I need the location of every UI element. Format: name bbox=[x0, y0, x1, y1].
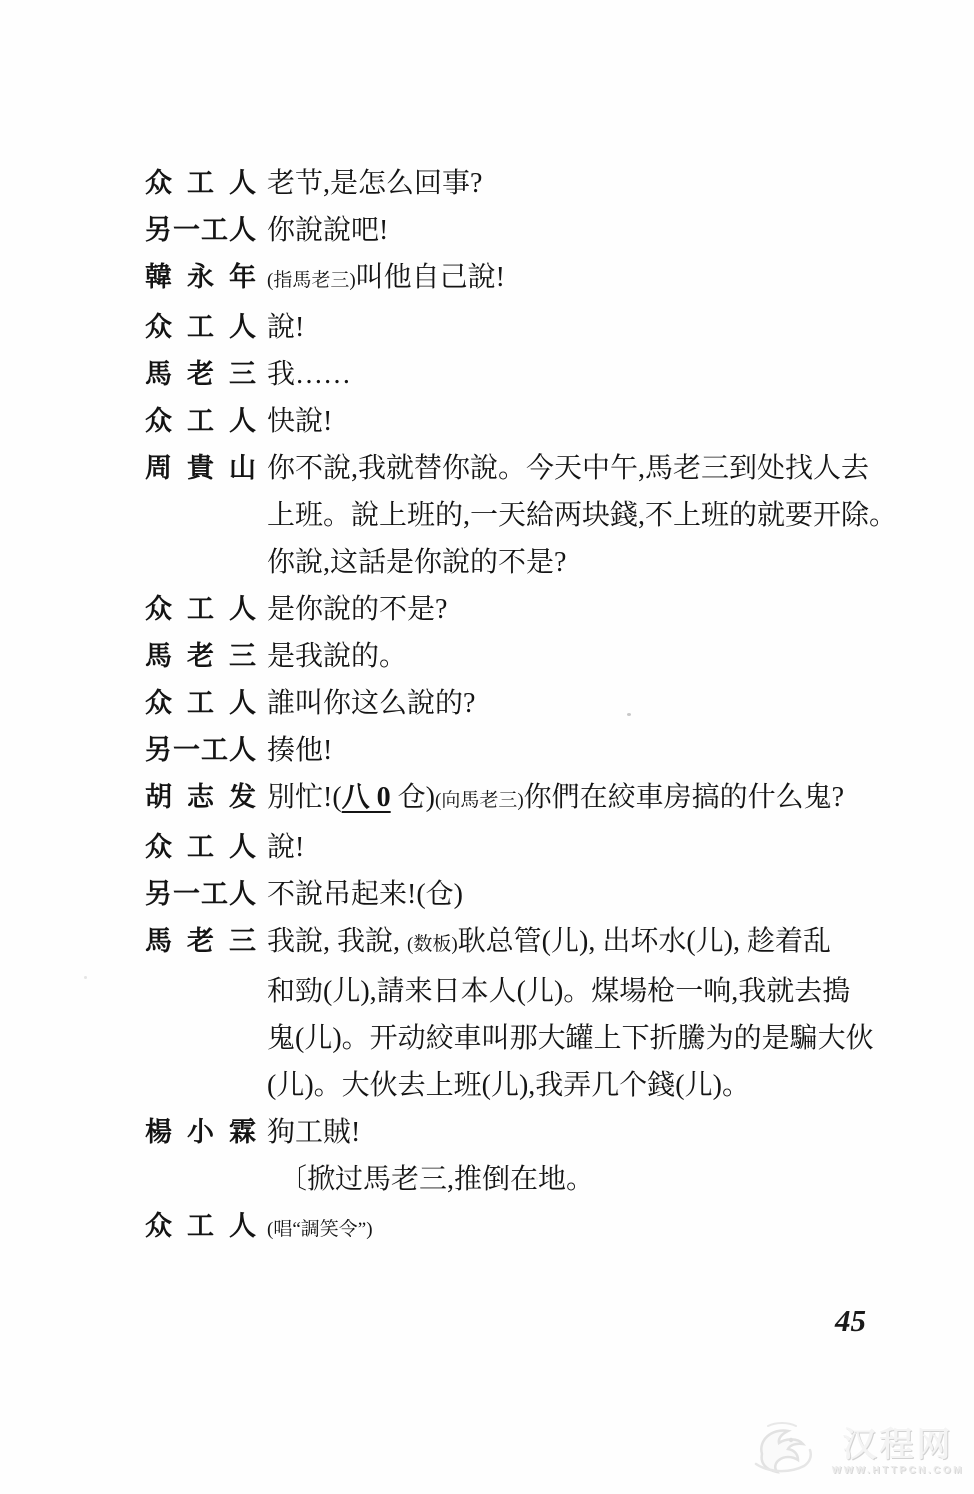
dialogue-segment: 你不說,我就替你說。今天中午,馬老三到处找人去 上班。說上班的,一天給两块錢,不… bbox=[267, 453, 897, 578]
dialogue-text: 說! bbox=[267, 824, 914, 871]
inline-stage-note: (数板) bbox=[407, 934, 458, 955]
dialogue-row: 众工人說! bbox=[145, 304, 914, 351]
dialogue-row: 另一工人你說說吧! bbox=[145, 207, 914, 254]
dialogue-text: 你不說,我就替你說。今天中午,馬老三到处找人去 上班。說上班的,一天給两块錢,不… bbox=[267, 445, 914, 586]
dialogue-row: 众工人老节,是怎么回事? bbox=[145, 160, 914, 207]
dialogue-segment: 老节,是怎么回事? bbox=[267, 168, 482, 199]
inline-stage-note: (向馬老三) bbox=[435, 790, 524, 811]
dialogue-text: 不說吊起来!(仓) bbox=[267, 871, 914, 918]
inline-stage-note: (唱“調笑令”) bbox=[267, 1219, 373, 1240]
dialogue-row: 众工人快說! bbox=[145, 398, 914, 445]
speaker-name: 众工人 bbox=[145, 160, 257, 207]
dialogue-row: 胡志发別忙!(八 0 仓)(向馬老三)你們在絞車房搞的什么鬼? bbox=[145, 774, 914, 824]
speaker-name: 另一工人 bbox=[145, 727, 257, 774]
stage-direction-row: 〔掀过馬老三,推倒在地。 bbox=[145, 1156, 914, 1203]
speaker-name: 众工人 bbox=[145, 304, 257, 351]
dialogue-segment: 狗工賊! bbox=[267, 1117, 360, 1148]
dialogue-segment: 揍他! bbox=[267, 735, 332, 766]
watermark-site-url: WWW.HTTPCN.COM bbox=[832, 1465, 964, 1476]
speaker-name: 众工人 bbox=[145, 680, 257, 727]
dialogue-row: 馬老三我說, 我說, (数板)耿总管(儿), 出坏水(儿), 趁着乱 和勁(儿)… bbox=[145, 918, 914, 1109]
dialogue-segment: 你說說吧! bbox=[267, 215, 388, 246]
dialogue-text: (指馬老三)叫他自己說! bbox=[267, 254, 914, 304]
speaker-name: 众工人 bbox=[145, 824, 257, 871]
script-lines: 众工人老节,是怎么回事?另一工人你說說吧!韓永年(指馬老三)叫他自己說!众工人說… bbox=[0, 0, 974, 1253]
dialogue-segment: 說! bbox=[267, 832, 304, 863]
dialogue-text: (唱“調笑令”) bbox=[267, 1203, 914, 1253]
dialogue-segment: 八 0 bbox=[342, 782, 391, 813]
watermark-site-name: 汉程网 bbox=[832, 1427, 964, 1463]
scan-speckle bbox=[536, 1177, 538, 1180]
scan-speckle bbox=[627, 713, 631, 716]
dialogue-row: 楊小霖狗工賊! bbox=[145, 1109, 914, 1156]
dialogue-row: 另一工人揍他! bbox=[145, 727, 914, 774]
dialogue-text: 說! bbox=[267, 304, 914, 351]
dialogue-segment: 誰叫你这么說的? bbox=[267, 688, 475, 719]
scan-speckle bbox=[84, 976, 87, 979]
dialogue-segment: 我說, 我說, bbox=[267, 926, 407, 957]
dragon-logo-icon bbox=[748, 1416, 826, 1486]
dialogue-row: 周貴山你不說,我就替你說。今天中午,馬老三到处找人去 上班。說上班的,一天給两块… bbox=[145, 445, 914, 586]
dialogue-row: 众工人說! bbox=[145, 824, 914, 871]
dialogue-row: 馬老三是我說的。 bbox=[145, 633, 914, 680]
stage-direction-text: 〔掀过馬老三,推倒在地。 bbox=[267, 1156, 914, 1203]
dialogue-text: 你說說吧! bbox=[267, 207, 914, 254]
dialogue-text: 揍他! bbox=[267, 727, 914, 774]
dialogue-row: 另一工人不說吊起来!(仓) bbox=[145, 871, 914, 918]
dialogue-row: 馬老三我…… bbox=[145, 351, 914, 398]
dialogue-text: 老节,是怎么回事? bbox=[267, 160, 914, 207]
dialogue-segment: 〔掀过馬老三,推倒在地。 bbox=[279, 1164, 594, 1195]
speaker-name: 众工人 bbox=[145, 586, 257, 633]
dialogue-text: 別忙!(八 0 仓)(向馬老三)你們在絞車房搞的什么鬼? bbox=[267, 774, 914, 824]
dialogue-text: 誰叫你这么說的? bbox=[267, 680, 914, 727]
speaker-name: 馬老三 bbox=[145, 918, 257, 965]
dialogue-text: 是我說的。 bbox=[267, 633, 914, 680]
dialogue-row: 众工人是你說的不是? bbox=[145, 586, 914, 633]
dialogue-segment: 快說! bbox=[267, 406, 332, 437]
dialogue-segment: 不說吊起来!(仓) bbox=[267, 879, 463, 910]
speaker-name: 另一工人 bbox=[145, 871, 257, 918]
speaker-name: 另一工人 bbox=[145, 207, 257, 254]
speaker-name: 众工人 bbox=[145, 398, 257, 445]
dialogue-segment: 仓) bbox=[391, 782, 435, 813]
page-number: 45 bbox=[0, 1303, 866, 1339]
speaker-name: 楊小霖 bbox=[145, 1109, 257, 1156]
dialogue-segment: 你們在絞車房搞的什么鬼? bbox=[524, 782, 844, 813]
speaker-name: 胡志发 bbox=[145, 774, 257, 821]
dialogue-text: 是你說的不是? bbox=[267, 586, 914, 633]
book-page: 众工人老节,是怎么回事?另一工人你說說吧!韓永年(指馬老三)叫他自己說!众工人說… bbox=[0, 0, 974, 1494]
dialogue-text: 快說! bbox=[267, 398, 914, 445]
speaker-name: 周貴山 bbox=[145, 445, 257, 492]
dialogue-segment: 別忙!( bbox=[267, 782, 342, 813]
speaker-name: 馬老三 bbox=[145, 351, 257, 398]
watermark: 汉程网 WWW.HTTPCN.COM bbox=[748, 1416, 964, 1486]
dialogue-segment: 說! bbox=[267, 312, 304, 343]
speaker-name: 众工人 bbox=[145, 1203, 257, 1250]
dialogue-row: 众工人(唱“調笑令”) bbox=[145, 1203, 914, 1253]
dialogue-row: 众工人誰叫你这么說的? bbox=[145, 680, 914, 727]
speaker-name: 馬老三 bbox=[145, 633, 257, 680]
dialogue-segment: 叫他自己說! bbox=[356, 262, 505, 293]
dialogue-segment: 是我說的。 bbox=[267, 641, 407, 672]
dialogue-row: 韓永年(指馬老三)叫他自己說! bbox=[145, 254, 914, 304]
speaker-name: 韓永年 bbox=[145, 254, 257, 301]
dialogue-text: 我…… bbox=[267, 351, 914, 398]
dialogue-text: 狗工賊! bbox=[267, 1109, 914, 1156]
inline-stage-note: (指馬老三) bbox=[267, 270, 356, 291]
dialogue-segment: 我…… bbox=[267, 359, 351, 390]
dialogue-text: 我說, 我說, (数板)耿总管(儿), 出坏水(儿), 趁着乱 和勁(儿),請来… bbox=[267, 918, 914, 1109]
dialogue-segment: 是你說的不是? bbox=[267, 594, 447, 625]
